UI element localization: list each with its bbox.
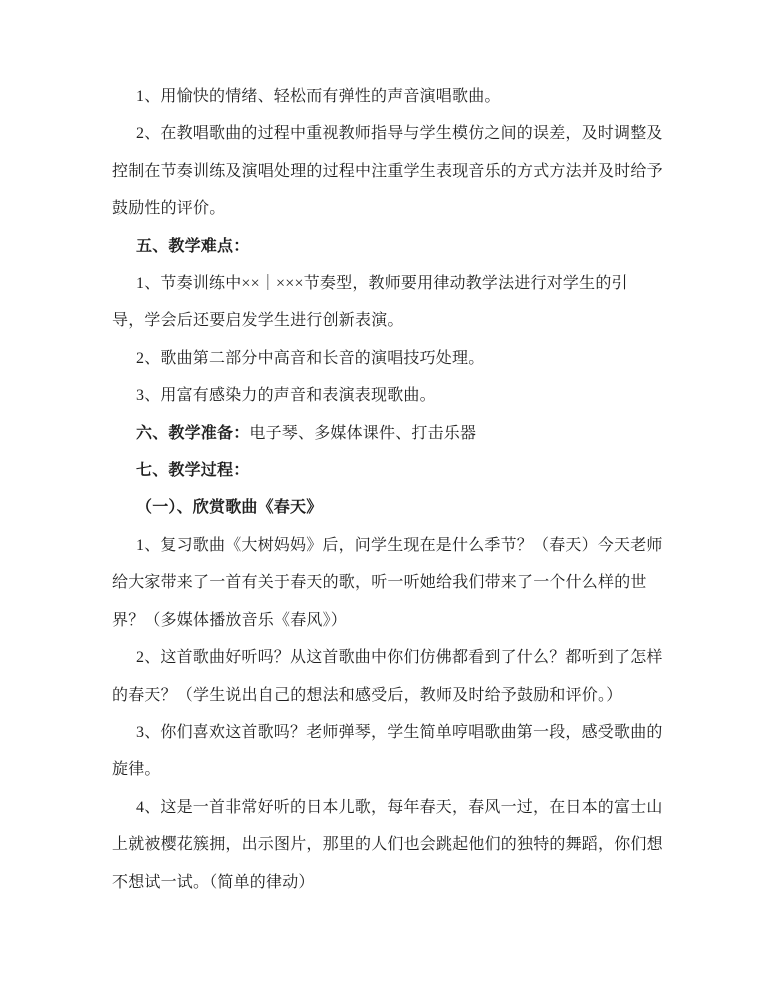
heading-text: （一）、欣赏歌曲《春天》 [136, 499, 322, 516]
body-text: 旋律。 [112, 761, 161, 778]
document-page: 1、用愉快的情绪、轻松而有弹性的声音演唱歌曲。2、在教唱歌曲的过程中重视教师指导… [0, 0, 770, 1000]
body-text: 2、这首歌曲好听吗？从这首歌曲中你们仿佛都看到了什么？都听到了怎样 [136, 649, 663, 666]
paragraph: 七、教学过程： [112, 452, 655, 489]
paragraph: 2、在教唱歌曲的过程中重视教师指导与学生模仿之间的误差，及时调整及控制在节奏训练… [112, 115, 655, 227]
paragraph-line: 七、教学过程： [112, 452, 655, 489]
body-text: 界？（多媒体播放音乐《春风》） [112, 612, 347, 629]
body-text: 3、用富有感染力的声音和表演表现歌曲。 [136, 387, 436, 404]
paragraph-line: 给大家带来了一首有关于春天的歌，听一听她给我们带来了一个什么样的世 [112, 564, 655, 601]
body-text: 3、你们喜欢这首歌吗？老师弹琴，学生简单哼唱歌曲第一段，感受歌曲的 [136, 724, 663, 741]
paragraph-line: 2、这首歌曲好听吗？从这首歌曲中你们仿佛都看到了什么？都听到了怎样 [112, 639, 655, 676]
paragraph-line: 导，学会后还要启发学生进行创新表演。 [112, 302, 655, 339]
paragraph-line: 上就被樱花簇拥，出示图片，那里的人们也会跳起他们的独特的舞蹈，你们想 [112, 826, 655, 863]
paragraph-line: 界？（多媒体播放音乐《春风》） [112, 602, 655, 639]
body-text: 不想试一试。（简单的律动） [112, 874, 315, 891]
paragraph-line: 1、用愉快的情绪、轻松而有弹性的声音演唱歌曲。 [112, 78, 655, 115]
paragraph-line: 1、节奏训练中××｜×××节奏型，教师要用律动教学法进行对学生的引 [112, 265, 655, 302]
paragraph: 1、节奏训练中××｜×××节奏型，教师要用律动教学法进行对学生的引导，学会后还要… [112, 265, 655, 340]
body-text: 鼓励性的评价。 [112, 200, 225, 217]
paragraph-line: 1、复习歌曲《大树妈妈》后，问学生现在是什么季节？（春天）今天老师 [112, 527, 655, 564]
body-text: 4、这是一首非常好听的日本儿歌，每年春天，春风一过，在日本的富士山 [136, 799, 663, 816]
body-text: 1、复习歌曲《大树妈妈》后，问学生现在是什么季节？（春天）今天老师 [136, 537, 663, 554]
heading-text: 六、教学准备： [136, 425, 249, 442]
body-text: 上就被樱花簇拥，出示图片，那里的人们也会跳起他们的独特的舞蹈，你们想 [112, 836, 663, 853]
paragraph: 4、这是一首非常好听的日本儿歌，每年春天，春风一过，在日本的富士山上就被樱花簇拥… [112, 789, 655, 901]
paragraph-line: 的春天？（学生说出自己的想法和感受后，教师及时给予鼓励和评价。） [112, 677, 655, 714]
paragraph: 2、歌曲第二部分中高音和长音的演唱技巧处理。 [112, 340, 655, 377]
paragraph-line: 3、你们喜欢这首歌吗？老师弹琴，学生简单哼唱歌曲第一段，感受歌曲的 [112, 714, 655, 751]
paragraph: 1、复习歌曲《大树妈妈》后，问学生现在是什么季节？（春天）今天老师给大家带来了一… [112, 527, 655, 639]
paragraph-line: 旋律。 [112, 751, 655, 788]
paragraph: 六、教学准备：电子琴、多媒体课件、打击乐器 [112, 415, 655, 452]
body-text: 导，学会后还要启发学生进行创新表演。 [112, 312, 404, 329]
paragraph: （一）、欣赏歌曲《春天》 [112, 489, 655, 526]
body-text: 1、节奏训练中××｜×××节奏型，教师要用律动教学法进行对学生的引 [136, 275, 628, 292]
paragraph-line: 2、在教唱歌曲的过程中重视教师指导与学生模仿之间的误差，及时调整及 [112, 115, 655, 152]
body-text: 控制在节奏训练及演唱处理的过程中注重学生表现音乐的方式方法并及时给予 [112, 163, 663, 180]
paragraph-line: 2、歌曲第二部分中高音和长音的演唱技巧处理。 [112, 340, 655, 377]
paragraph-line: 五、教学难点： [112, 228, 655, 265]
paragraph-line: 4、这是一首非常好听的日本儿歌，每年春天，春风一过，在日本的富士山 [112, 789, 655, 826]
paragraph-line: 六、教学准备：电子琴、多媒体课件、打击乐器 [112, 415, 655, 452]
paragraph: 五、教学难点： [112, 228, 655, 265]
paragraph-line: （一）、欣赏歌曲《春天》 [112, 489, 655, 526]
heading-text: 五、教学难点： [136, 238, 249, 255]
body-text: 1、用愉快的情绪、轻松而有弹性的声音演唱歌曲。 [136, 88, 501, 105]
body-text: 2、在教唱歌曲的过程中重视教师指导与学生模仿之间的误差，及时调整及 [136, 125, 663, 142]
heading-text: 七、教学过程： [136, 462, 249, 479]
paragraph: 1、用愉快的情绪、轻松而有弹性的声音演唱歌曲。 [112, 78, 655, 115]
paragraph-line: 3、用富有感染力的声音和表演表现歌曲。 [112, 377, 655, 414]
paragraph: 3、用富有感染力的声音和表演表现歌曲。 [112, 377, 655, 414]
paragraph: 3、你们喜欢这首歌吗？老师弹琴，学生简单哼唱歌曲第一段，感受歌曲的旋律。 [112, 714, 655, 789]
paragraph-line: 控制在节奏训练及演唱处理的过程中注重学生表现音乐的方式方法并及时给予 [112, 153, 655, 190]
document-text-area: 1、用愉快的情绪、轻松而有弹性的声音演唱歌曲。2、在教唱歌曲的过程中重视教师指导… [112, 78, 655, 901]
paragraph-line: 鼓励性的评价。 [112, 190, 655, 227]
body-text: 给大家带来了一首有关于春天的歌，听一听她给我们带来了一个什么样的世 [112, 574, 647, 591]
paragraph: 2、这首歌曲好听吗？从这首歌曲中你们仿佛都看到了什么？都听到了怎样的春天？（学生… [112, 639, 655, 714]
paragraph-line: 不想试一试。（简单的律动） [112, 864, 655, 901]
body-text: 2、歌曲第二部分中高音和长音的演唱技巧处理。 [136, 350, 484, 367]
body-text: 电子琴、多媒体课件、打击乐器 [249, 425, 476, 442]
body-text: 的春天？（学生说出自己的想法和感受后，教师及时给予鼓励和评价。） [112, 687, 622, 704]
